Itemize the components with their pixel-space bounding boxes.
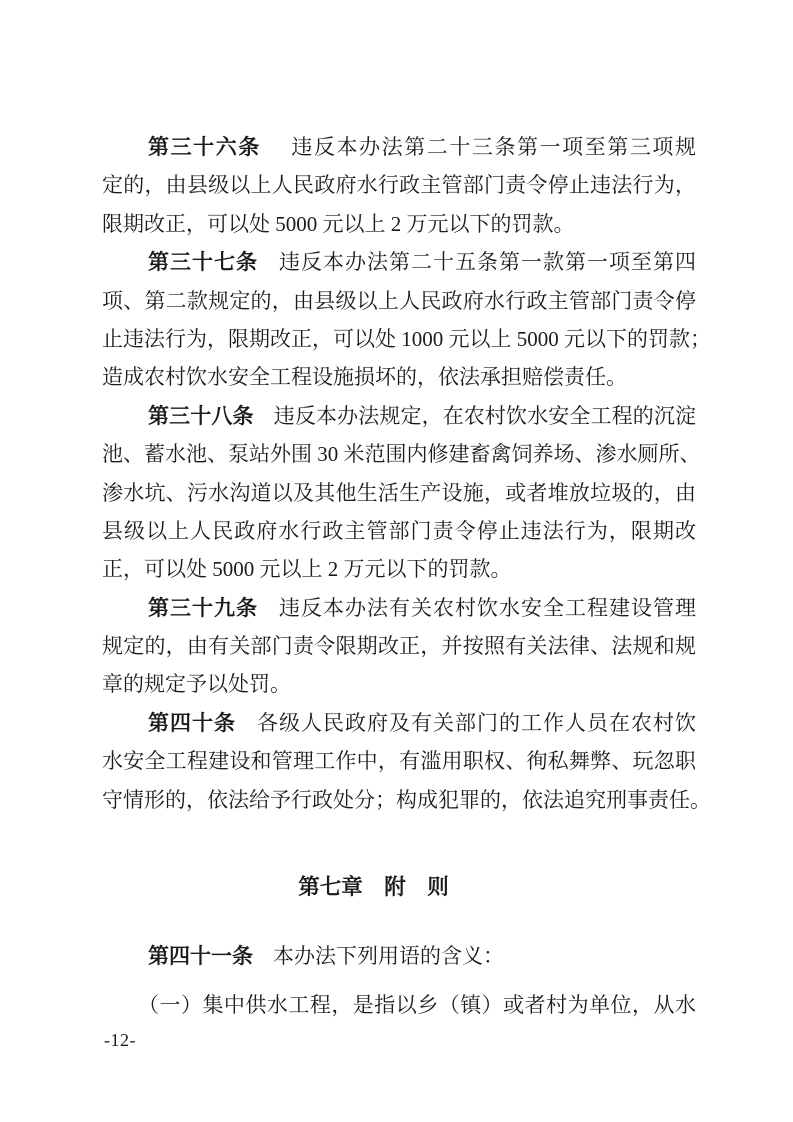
document-page: 第三十六条违反本办法第二十三条第一项至第三项规 定的，由县级以上人民政府水行政主…	[0, 0, 793, 1122]
article-number: 第四十一条	[148, 945, 253, 968]
article-40: 第四十条各级人民政府及有关部门的工作人员在农村饮 水安全工程建设和管理工作中，有…	[102, 704, 696, 819]
text-line: 限期改正，可以处 5000 元以上 2 万元以下的罚款。	[102, 205, 696, 243]
text-line: 正，可以处 5000 元以上 2 万元以下的罚款。	[102, 550, 696, 588]
article-text: 违反本办法第二十五条第一款第一项至第四	[278, 250, 696, 274]
text-line: 定的，由县级以上人民政府水行政主管部门责令停止违法行为，	[102, 166, 696, 204]
text-line: 水安全工程建设和管理工作中，有滥用职权、徇私舞弊、玩忽职	[102, 742, 696, 780]
text-line: 第三十八条违反本办法规定，在农村饮水安全工程的沉淀	[102, 397, 696, 435]
text-line: 造成农村饮水安全工程设施损坏的，依法承担赔偿责任。	[102, 358, 696, 396]
chapter-heading: 第七章 附 则	[102, 868, 645, 906]
text-line: 守情形的，依法给予行政处分；构成犯罪的，依法追究刑事责任。	[102, 781, 696, 819]
text-line: 第四十一条本办法下列用语的含义：	[102, 937, 696, 975]
text-line: 规定的，由有关部门责令限期改正，并按照有关法律、法规和规	[102, 627, 696, 665]
text-line: 池、蓄水池、泵站外围 30 米范围内修建畜禽饲养场、渗水厕所、	[102, 435, 696, 473]
article-41: 第四十一条本办法下列用语的含义： （一）集中供水工程，是指以乡（镇）或者村为单位…	[102, 937, 696, 1024]
text-line: 县级以上人民政府水行政主管部门责令停止违法行为，限期改	[102, 512, 696, 550]
article-37: 第三十七条违反本办法第二十五条第一款第一项至第四 项、第二款规定的，由县级以上人…	[102, 243, 696, 397]
text-line: （一）集中供水工程，是指以乡（镇）或者村为单位，从水	[102, 986, 696, 1024]
text-line: 第三十六条违反本办法第二十三条第一项至第三项规	[102, 128, 696, 166]
article-text: 各级人民政府及有关部门的工作人员在农村饮	[256, 711, 696, 735]
article-number: 第三十八条	[148, 405, 254, 428]
text-line: 第三十九条违反本办法有关农村饮水安全工程建设管理	[102, 589, 696, 627]
text-line: 止违法行为，限期改正，可以处 1000 元以上 5000 元以下的罚款；	[102, 320, 696, 358]
text-line: 项、第二款规定的，由县级以上人民政府水行政主管部门责令停	[102, 282, 696, 320]
article-text: 违反本办法第二十三条第一项至第三项规	[290, 135, 696, 159]
text-line: 第四十条各级人民政府及有关部门的工作人员在农村饮	[102, 704, 696, 742]
article-text: 违反本办法规定，在农村饮水安全工程的沉淀	[274, 404, 696, 428]
text-line: 章的规定予以处罚。	[102, 665, 696, 703]
article-38: 第三十八条违反本办法规定，在农村饮水安全工程的沉淀 池、蓄水池、泵站外围 30 …	[102, 397, 696, 589]
text-line: 第三十七条违反本办法第二十五条第一款第一项至第四	[102, 243, 696, 281]
page-number: -12-	[104, 1029, 136, 1051]
text-line: 渗水坑、污水沟道以及其他生活生产设施，或者堆放垃圾的，由	[102, 474, 696, 512]
article-text: 本办法下列用语的含义：	[273, 944, 504, 968]
article-number: 第四十条	[148, 712, 236, 735]
article-number: 第三十六条	[148, 136, 261, 159]
document-body: 第三十六条违反本办法第二十三条第一项至第三项规 定的，由县级以上人民政府水行政主…	[102, 128, 696, 819]
article-number: 第三十九条	[148, 597, 258, 620]
article-number: 第三十七条	[148, 251, 258, 274]
article-text: 违反本办法有关农村饮水安全工程建设管理	[278, 596, 696, 620]
article-36: 第三十六条违反本办法第二十三条第一项至第三项规 定的，由县级以上人民政府水行政主…	[102, 128, 696, 243]
article-39: 第三十九条违反本办法有关农村饮水安全工程建设管理 规定的，由有关部门责令限期改正…	[102, 589, 696, 704]
